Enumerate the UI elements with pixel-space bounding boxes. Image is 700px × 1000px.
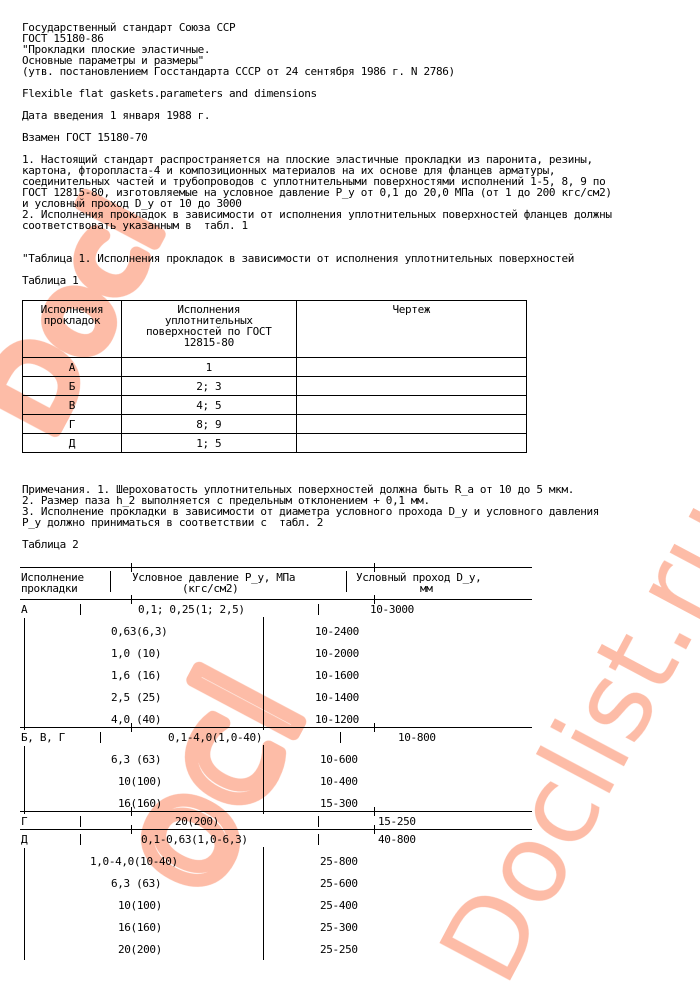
- table1-cell: 8; 9: [121, 415, 296, 434]
- table2-header-cell: Условный проход D_у,: [356, 572, 481, 583]
- table2-diameter-cell: 25-800: [320, 856, 358, 867]
- table-rule: [131, 723, 132, 732]
- table-rule: [80, 604, 81, 615]
- table1-cell: [296, 377, 526, 396]
- table-rule: [318, 816, 319, 827]
- table2-pressure-cell: 1,6 (16): [111, 670, 161, 681]
- table2-diameter-cell: 10-2000: [315, 648, 359, 659]
- table-rule: [263, 617, 264, 730]
- table-row: Д 1; 5: [23, 434, 527, 453]
- table2-pressure-cell: 0,1; 0,25(1; 2,5): [138, 604, 245, 615]
- table-rule: [263, 745, 264, 814]
- table1-cell: Г: [23, 415, 122, 434]
- table2-diameter-cell: 15-250: [378, 816, 416, 827]
- table-rule: [24, 746, 25, 814]
- table-rule: [20, 599, 532, 600]
- table-rule: [346, 571, 347, 592]
- table2-diameter-cell: 25-400: [320, 900, 358, 911]
- paragraph-line: соответствовать указанным в табл. 1: [22, 220, 248, 231]
- table2-header-cell: мм: [420, 583, 433, 594]
- table1-cell: [296, 358, 526, 377]
- table2-diameter-cell: 40-800: [378, 834, 416, 845]
- intro-date: Дата введения 1 января 1988 г.: [22, 110, 210, 121]
- doc-header-line: (утв. постановлением Госстандарта СССР о…: [22, 66, 455, 77]
- table1-header-cell: Чертеж: [296, 301, 526, 358]
- table1-cell: [296, 396, 526, 415]
- table-rule: [131, 595, 132, 604]
- table-rule: [20, 567, 532, 568]
- table2-diameter-cell: 10-3000: [370, 604, 414, 615]
- table2-pressure-cell: 10(100): [118, 776, 162, 787]
- table2-pressure-cell: 4,0 (40): [111, 714, 161, 725]
- table2-pressure-cell: 6,3 (63): [111, 878, 161, 889]
- table1-cell: 4; 5: [121, 396, 296, 415]
- english-title: Flexible flat gaskets.parameters and dim…: [22, 88, 317, 99]
- table1-caption: "Таблица 1. Исполнения прокладок в завис…: [22, 253, 574, 264]
- table1-cell: Б: [23, 377, 122, 396]
- table2-diameter-cell: 10-1400: [315, 692, 359, 703]
- table-row: А 1: [23, 358, 527, 377]
- table-rule: [131, 825, 132, 834]
- table2-pressure-cell: 16(160): [118, 798, 162, 809]
- table2-diameter-cell: 10-800: [398, 732, 436, 743]
- table1-cell: А: [23, 358, 122, 377]
- table-rule: [340, 732, 341, 743]
- table1-cell: 1; 5: [121, 434, 296, 453]
- table2-diameter-cell: 10-600: [320, 754, 358, 765]
- table2-pressure-cell: 16(160): [118, 922, 162, 933]
- table-rule: [20, 811, 532, 812]
- table2-type-cell: Б, В, Г: [21, 732, 65, 743]
- table2-pressure-cell: 0,1-0,63(1,0-6,3): [141, 834, 248, 845]
- table1-cell: В: [23, 396, 122, 415]
- table-rule: [374, 825, 375, 834]
- table-rule: [318, 604, 319, 615]
- table2-diameter-cell: 10-2400: [315, 626, 359, 637]
- table-rule: [131, 807, 132, 816]
- table1-label: Таблица 1: [22, 275, 78, 286]
- table1-cell: [296, 434, 526, 453]
- table2-type-cell: Г: [21, 816, 27, 827]
- table-rule: [20, 727, 532, 728]
- table2-type-cell: Д: [21, 834, 27, 845]
- table-rule: [100, 732, 101, 743]
- table-rule: [24, 618, 25, 730]
- table-rule: [80, 816, 81, 827]
- note-line: Р_у должно приниматься в соответствии с …: [22, 517, 323, 528]
- table2-header-cell: прокладки: [21, 583, 77, 594]
- table2-pressure-cell: 10(100): [118, 900, 162, 911]
- table-rule: [24, 848, 25, 960]
- table-row: Б 2; 3: [23, 377, 527, 396]
- table-rule: [20, 829, 532, 830]
- table-rule: [318, 834, 319, 845]
- table1-header-cell: Исполнения уплотнительных поверхностей п…: [121, 301, 296, 358]
- table2-label: Таблица 2: [22, 539, 78, 550]
- table1: Исполнения прокладок Исполнения уплотнит…: [22, 300, 527, 453]
- table1-cell: Д: [23, 434, 122, 453]
- table2-pressure-cell: 0,63(6,3): [111, 626, 167, 637]
- table2-pressure-cell: 1,0-4,0(10-40): [90, 856, 178, 867]
- table2-type-cell: А: [21, 604, 27, 615]
- table-rule: [263, 847, 264, 960]
- table-rule: [374, 807, 375, 816]
- table2-diameter-cell: 25-250: [320, 944, 358, 955]
- table2-pressure-cell: 1,0 (10): [111, 648, 161, 659]
- table1-cell: [296, 415, 526, 434]
- table2-diameter-cell: 10-400: [320, 776, 358, 787]
- table2-diameter-cell: 15-300: [320, 798, 358, 809]
- table2-pressure-cell: 2,5 (25): [111, 692, 161, 703]
- table-rule: [374, 723, 375, 732]
- table1-header-cell: Исполнения прокладок: [23, 301, 122, 358]
- table1-header-row: Исполнения прокладок Исполнения уплотнит…: [23, 301, 527, 358]
- table-row: В 4; 5: [23, 396, 527, 415]
- table2-diameter-cell: 25-600: [320, 878, 358, 889]
- table2-pressure-cell: 20(200): [118, 944, 162, 955]
- table-rule: [110, 571, 111, 592]
- table2-diameter-cell: 25-300: [320, 922, 358, 933]
- table2-pressure-cell: 6,3 (63): [111, 754, 161, 765]
- table-row: Г 8; 9: [23, 415, 527, 434]
- svg-text:Doclist.ru: Doclist.ru: [415, 479, 700, 1000]
- table2-pressure-cell: 0,1-4,0(1,0-40): [168, 732, 262, 743]
- table2-diameter-cell: 10-1200: [315, 714, 359, 725]
- table2-header-cell: (кгс/см2): [182, 583, 238, 594]
- table1-cell: 2; 3: [121, 377, 296, 396]
- table2-pressure-cell: 20(200): [175, 816, 219, 827]
- replaces-note: Взамен ГОСТ 15180-70: [22, 132, 147, 143]
- table2-diameter-cell: 10-1600: [315, 670, 359, 681]
- table1-cell: 1: [121, 358, 296, 377]
- table-rule: [80, 834, 81, 845]
